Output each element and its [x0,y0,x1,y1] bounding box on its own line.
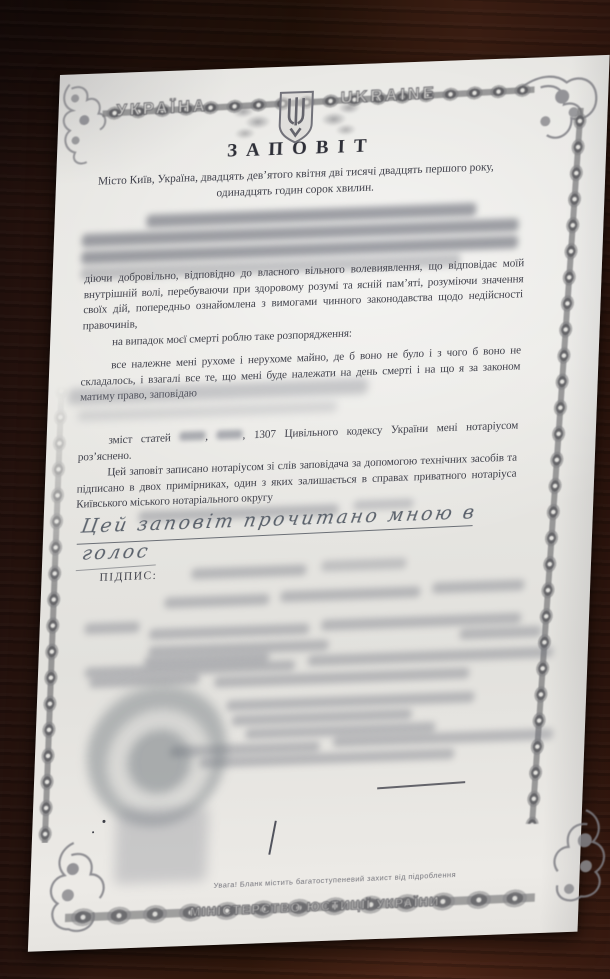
redacted-text-line [308,646,553,666]
redacted-article-number [179,431,205,441]
redacted-signature [191,564,306,579]
comma: , [242,429,245,441]
redacted-text-line [432,579,524,593]
place-date-paragraph: Місто Київ, Україна, двадцять дев’ятого … [85,159,506,206]
redacted-text-line [84,621,139,634]
handwritten-note-line2: голос [80,540,152,565]
pen-stroke-mark [268,821,277,855]
right-border-chain [521,108,592,824]
redacted-text-line [280,586,420,602]
emblem-left-flourish-icon [227,97,279,143]
ink-speck [102,820,105,823]
comma: , [205,431,208,443]
notary-round-seal [84,677,229,828]
country-name-ukrainian: УКРАЇНА [116,97,208,121]
articles-prefix: зміст статей [108,432,171,446]
redacted-text-line [149,623,309,640]
left-border-chain [34,169,81,843]
redacted-signature [321,558,406,572]
redacted-text-line [459,626,541,640]
trident-coat-of-arms-icon [276,90,316,148]
redacted-text-line [164,594,269,609]
redacted-article-number [217,430,243,440]
photo-of-document-on-wooden-table: { "document": { "header": { "country_lef… [0,0,610,979]
ministry-of-justice-label: МІНІСТЕРСТВО ЮСТИЦІЇ УКРАЇНИ [190,895,440,920]
redacted-stamp-block [114,807,209,885]
signature-label: ПІДПИС: [99,570,157,584]
emblem-right-flourish-icon [313,94,365,140]
signature-line [377,781,465,789]
will-document-sheet: УКРАЇНА UKRAINE МІНІСТЕРСТВО ЮСТИЦІЇ УКР… [28,55,610,952]
redacted-text-line [226,691,474,711]
ink-speck [92,831,94,833]
